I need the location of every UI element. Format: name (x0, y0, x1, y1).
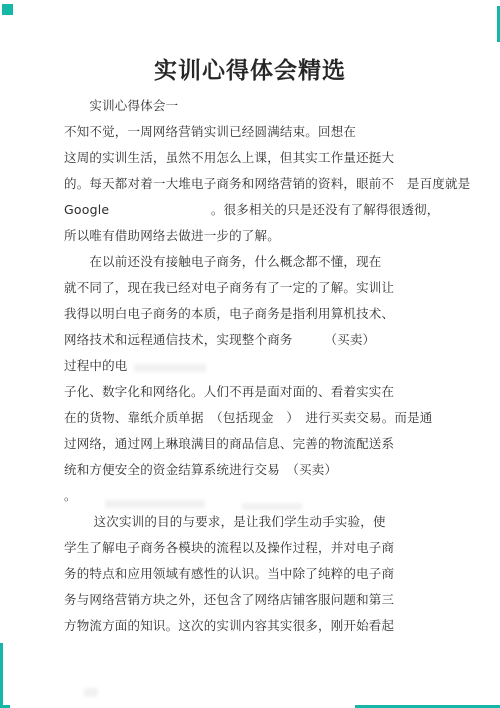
page-title: 实训心得体会精选 (0, 56, 500, 86)
frame-mark-left-bottom (0, 643, 3, 708)
scan-artifact (105, 500, 205, 508)
text-line: 方物流方面的知识。这次的实训内容其实很多，刚开始看起 (64, 613, 464, 639)
text-line: 实训心得体会一 (64, 93, 464, 119)
text-line: 过网络，通过网上琳琅满目的商品信息、完善的物流配送系 (64, 431, 464, 457)
scan-artifact (84, 688, 98, 697)
document-body: 实训心得体会一不知不觉，一周网络营销实训已经圆满结束。回想在这周的实训生活，虽然… (64, 93, 464, 639)
document-page: 实训心得体会精选 实训心得体会一不知不觉，一周网络营销实训已经圆满结束。回想在这… (0, 0, 500, 708)
text-line: 务与网络营销方块之外，还包含了网络店铺客服问题和第三 (64, 587, 464, 613)
text-line: 务的特点和应用领域有感性的认识。当中除了纯粹的电子商 (64, 561, 464, 587)
text-line: 学生了解电子商务各模块的流程以及操作过程，并对电子商 (64, 535, 464, 561)
text-line: 在以前还没有接触电子商务，什么概念都不懂，现在 (64, 249, 464, 275)
frame-mark-top-left (2, 4, 13, 15)
text-line: 在的货物、靠纸介质单据 （包括现金 ） 进行买卖交易。而是通 (64, 405, 464, 431)
text-line: 统和方便安全的资金结算系统进行交易 （买卖） (64, 457, 464, 483)
text-line: 所以唯有借助网络去做进一步的了解。 (64, 223, 464, 249)
scan-artifact (134, 364, 206, 372)
scan-artifact (242, 503, 302, 510)
text-line: 我得以明白电子商务的本质，电子商务是指利用算机技术、 (64, 301, 464, 327)
text-line: 子化、数字化和网络化。人们不再是面对面的、看着实实在 (64, 379, 464, 405)
text-line: 这次实训的目的与要求，是让我们学生动手实验，使 (64, 509, 464, 535)
text-line: 这周的实训生活，虽然不用怎么上课，但其实工作量还挺大 (64, 145, 464, 171)
text-line: 不知不觉，一周网络营销实训已经圆满结束。回想在 (64, 119, 464, 145)
text-line: 的。每天都对着一大堆电子商务和网络营销的资料，眼前不 是百度就是 (64, 171, 464, 197)
text-line: 就不同了，现在我已经对电子商务有了一定的了解。实训让 (64, 275, 464, 301)
text-line: Google 。很多相关的只是还没有了解得很透彻， (64, 197, 464, 223)
text-line: 网络技术和远程通信技术，实现整个商务 （买卖） (64, 327, 464, 353)
text-line: 过程中的电 (64, 353, 464, 379)
